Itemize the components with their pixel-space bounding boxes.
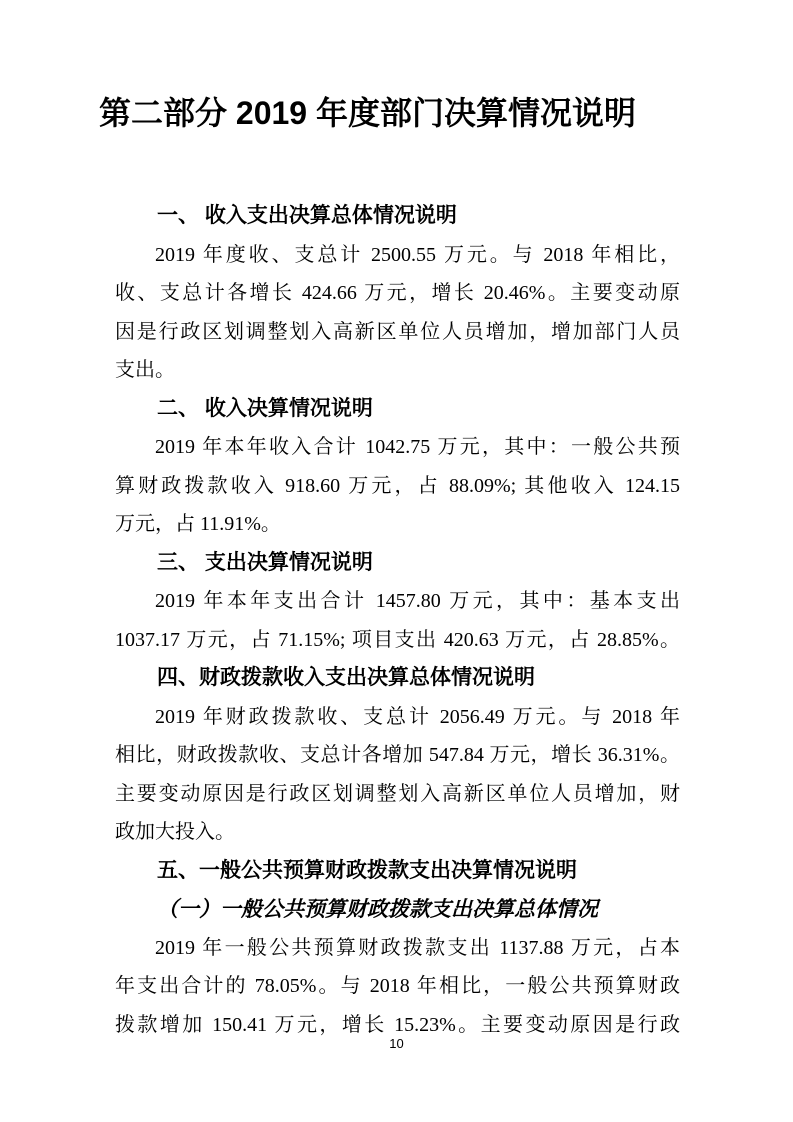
section-4-paragraph-1: 2019 年财政拨款收、支总计 2056.49 万元。与 2018 年相比，财政…	[115, 698, 680, 852]
paragraph-line: 2019 年度收、支总计 2500.55 万元。与 2018 年相比，	[115, 236, 680, 275]
paragraph-line: 年支出合计的 78.05%。与 2018 年相比，一般公共预算财政	[115, 967, 680, 1006]
paragraph-line: 主要变动原因是行政区划调整划入高新区单位人员增加，财	[115, 775, 680, 814]
page-number: 10	[0, 1036, 793, 1051]
document-page: 第二部分 2019 年度部门决算情况说明 一、 收入支出决算总体情况说明2019…	[0, 0, 793, 1122]
section-2-paragraph-1: 2019 年本年收入合计 1042.75 万元，其中：一般公共预算财政拨款收入 …	[115, 428, 680, 544]
section-2-heading: 二、 收入决算情况说明	[115, 390, 680, 429]
paragraph-line: 相比，财政拨款收、支总计各增加 547.84 万元，增长 36.31%。	[115, 736, 680, 775]
paragraph-line: 万元，占 11.91%。	[115, 505, 680, 544]
paragraph-line: 2019 年一般公共预算财政拨款支出 1137.88 万元，占本	[115, 929, 680, 968]
section-4-heading: 四、财政拨款收入支出决算总体情况说明	[115, 659, 680, 698]
paragraph-line: 2019 年本年收入合计 1042.75 万元，其中：一般公共预	[115, 428, 680, 467]
document-body: 一、 收入支出决算总体情况说明2019 年度收、支总计 2500.55 万元。与…	[115, 197, 680, 1044]
paragraph-line: 2019 年财政拨款收、支总计 2056.49 万元。与 2018 年	[115, 698, 680, 737]
paragraph-line: 政加大投入。	[115, 813, 680, 852]
paragraph-line: 算财政拨款收入 918.60 万元，占 88.09%; 其他收入 124.15	[115, 467, 680, 506]
page-title: 第二部分 2019 年度部门决算情况说明	[85, 0, 650, 136]
section-5-paragraph-1: 2019 年一般公共预算财政拨款支出 1137.88 万元，占本年支出合计的 7…	[115, 929, 680, 1045]
section-1-heading: 一、 收入支出决算总体情况说明	[115, 197, 680, 236]
paragraph-line: 2019 年本年支出合计 1457.80 万元，其中：基本支出	[115, 582, 680, 621]
paragraph-line: 收、支总计各增长 424.66 万元，增长 20.46%。主要变动原	[115, 274, 680, 313]
section-5: 五、一般公共预算财政拨款支出决算情况说明（一）一般公共预算财政拨款支出决算总体情…	[115, 852, 680, 1045]
section-3: 三、 支出决算情况说明2019 年本年支出合计 1457.80 万元，其中：基本…	[115, 544, 680, 660]
section-3-heading: 三、 支出决算情况说明	[115, 544, 680, 583]
paragraph-line: 1037.17 万元，占 71.15%; 项目支出 420.63 万元，占 28…	[115, 621, 680, 660]
section-1-paragraph-1: 2019 年度收、支总计 2500.55 万元。与 2018 年相比，收、支总计…	[115, 236, 680, 390]
section-5-heading: 五、一般公共预算财政拨款支出决算情况说明	[115, 852, 680, 891]
section-2: 二、 收入决算情况说明2019 年本年收入合计 1042.75 万元，其中：一般…	[115, 390, 680, 544]
section-1: 一、 收入支出决算总体情况说明2019 年度收、支总计 2500.55 万元。与…	[115, 197, 680, 390]
section-3-paragraph-1: 2019 年本年支出合计 1457.80 万元，其中：基本支出1037.17 万…	[115, 582, 680, 659]
paragraph-line: 支出。	[115, 351, 680, 390]
section-4: 四、财政拨款收入支出决算总体情况说明2019 年财政拨款收、支总计 2056.4…	[115, 659, 680, 852]
section-5-subheading: （一）一般公共预算财政拨款支出决算总体情况	[115, 890, 680, 929]
paragraph-line: 因是行政区划调整划入高新区单位人员增加，增加部门人员	[115, 313, 680, 352]
